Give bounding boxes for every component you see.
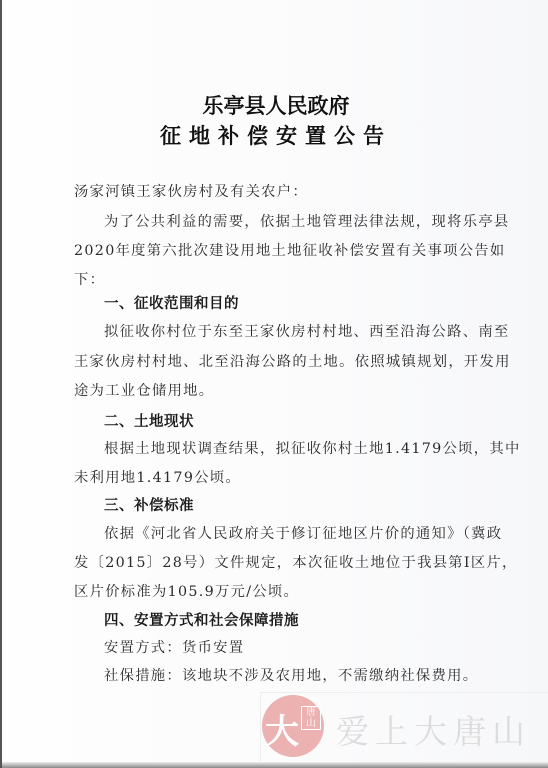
section-1-line: 途为工业仓储用地。 [74,380,214,400]
section-heading-2: 二、土地现状 [104,410,194,431]
intro-line: 2020年度第六批次建设用地土地征收补偿安置有关事项公告如 [74,240,506,260]
section-2-line: 根据土地现状调查结果，拟征收你村土地1.4179公顷，其中 [104,438,521,458]
section-2-line: 未利用地1.4179公顷。 [74,467,241,487]
watermark-logo-small: 唐山 [301,706,321,730]
section-4-line: 社保措施：该地块不涉及农用地，不需缴纳社保费用。 [104,665,478,685]
page-bottom-edge [2,762,548,768]
section-heading-1: 一、征收范围和目的 [104,292,239,313]
section-1-line: 王家伙房村村地、北至沿海公路的土地。依照城镇规划，开发用 [74,351,511,371]
watermark-text: 爱上大唐山 [336,706,531,753]
addressee: 汤家河镇王家伙房村及有关农户： [74,181,308,201]
section-3-line: 依据《河北省人民政府关于修订征地区片价的通知》（冀政 [104,523,502,543]
section-heading-3: 三、补偿标准 [104,494,194,515]
document-page: 乐亭县人民政府 征地补偿安置公告 汤家河镇王家伙房村及有关农户： 为了公共利益的… [0,0,548,768]
issuer-title: 乐亭县人民政府 [2,90,548,120]
section-3-line: 发〔2015〕28号）文件规定，本次征收土地位于我县第I区片， [74,552,518,572]
intro-line: 为了公共利益的需要，依据土地管理法律法规，现将乐亭县 [104,211,510,231]
intro-line: 下： [74,269,105,289]
section-1-line: 拟征收你村位于东至王家伙房村村地、西至沿海公路、南至 [104,321,510,341]
watermark-logo-char: 大 [265,704,299,753]
section-3-line: 区片价标准为105.9万元/公顷。 [74,581,299,601]
section-heading-4: 四、安置方式和社会保障措施 [104,609,299,630]
section-4-line: 安置方式：货币安置 [104,637,244,657]
notice-title: 征地补偿安置公告 [2,120,548,150]
